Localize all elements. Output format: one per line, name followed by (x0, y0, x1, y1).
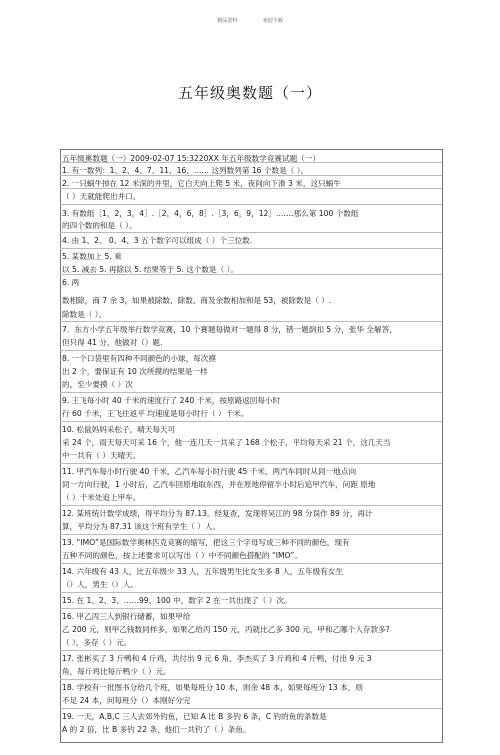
question-line: 但只得 41 分，他做对（）题. (62, 338, 439, 347)
question-line: 17. 张彬买了 3 斤鸭和 4 斤鸡，共付出 9 元 6 角，李杰买了 3 斤… (62, 654, 439, 663)
row-divider (60, 534, 442, 535)
row-divider (60, 608, 442, 609)
question-line: 采 24 个，雨天每天可采 16 个，他一连几天一共采了 168 个松子，平均每… (62, 438, 439, 447)
row-divider (60, 204, 442, 205)
question-line: 16. 甲乙丙三人到银行储蓄，如果甲给 (62, 612, 439, 621)
question-line: 5. 某数加上 5. 乘 (62, 252, 439, 261)
question-line: 算，平均分为 87.31 该这个班有学生（ ）人。 (62, 522, 439, 531)
question-line: 除数是（ ）。 (62, 310, 439, 319)
question-line: 五年级奥数题（一）2009-02-07 15:3220XX 年五年级数学竞赛试题… (62, 154, 439, 163)
question-line: 的四个数的和是（ ）。 (62, 221, 439, 230)
question-line: 13. “IMO”是国际数学奥林匹克竞赛的缩写，把这三个字母写成三种不同的颜色，… (62, 538, 439, 547)
question-line: 10. 松鼠妈妈采松子，晴天每天可 (62, 425, 439, 434)
question-line: 8. 一个口袋里有四种不同颜色的小球，每次摸 (62, 354, 439, 363)
question-line: A 的 2 倍，比 B 多钓 22 条，他们一共钓了（ ）条鱼。 (62, 725, 439, 734)
row-divider (60, 274, 442, 275)
page-header: 精品资料 欢迎下载 (0, 17, 500, 24)
question-line: 4. 由 1、2、 0、4、3 五个数字可以组成（ ）个三位数. (62, 236, 439, 245)
question-line: 角，每斤鸡比每斤鸭少（ ）元。 (62, 667, 439, 676)
question-line: 2. 一只蜗牛掉在 12 米深的井里，它白天向上爬 5 米，夜间向下滑 3 米，… (62, 179, 439, 188)
question-line: 15. 在 1、2、3、……99、100 中，数字 2 在一共出现了（ ）次。 (62, 596, 439, 605)
question-line: 同一方向行驶，1 小时后，乙汽车回原地取东西，并在原地停留半小时后追甲汽车，问距… (62, 480, 439, 489)
row-divider (60, 563, 442, 564)
row-divider (60, 321, 442, 322)
question-line: 14. 六年级有 43 人，比五年级少 33 人，五年级男生比女生多 8 人，五… (62, 567, 439, 576)
row-divider (60, 505, 442, 506)
question-line: 19. 一天，A,B,C 三人去郊外钓鱼，已知 A 比 B 多钓 6 条，C 钓… (62, 712, 439, 721)
question-line: 出 2 个，要保证有 10 次所摸的结果是一样 (62, 367, 439, 376)
question-line: （）人，男生（）人。 (62, 580, 439, 589)
row-divider (60, 188, 442, 189)
question-line: （ ），多存（ ）元。 (62, 638, 439, 647)
question-line: 以 5. 减去 5. 再除以 5. 结果等于 5. 这个数是（ ）。 (62, 265, 439, 274)
row-divider (60, 232, 442, 233)
row-divider (60, 350, 442, 351)
row-divider (60, 175, 442, 176)
question-line: 的，至少要摸（ ）次 (62, 380, 439, 389)
question-line: 1. 有一数列：1、2、4、7、11、16、…… 这列数列第 16 个数是（ ）… (62, 166, 439, 175)
question-line: 数相除，商 7 余 3，如果被除数、除数、商及余数相加和是 53，被除数是（ ）… (62, 296, 439, 305)
question-line: 7．东方小学五年级举行数学竞赛，10 个赛题每做对一题得 8 分，错一题倒扣 5… (62, 325, 439, 334)
question-line: 行 60 千米，王飞往返平 均速度是每小时行（ ）千米。 (62, 409, 439, 418)
row-divider (60, 708, 442, 709)
row-divider (60, 421, 442, 422)
question-line: 不足 24 本，问每班分（）本刚好分完 (62, 696, 439, 705)
question-line: （ ）千米处追上甲车。 (62, 493, 439, 502)
document-title: 五年级奥数题（一） (0, 82, 500, 103)
question-line: 中一共有（ ）天晴天。 (62, 451, 439, 460)
question-line: 3. 有数组［1，2，3，4］.［2，4，6，8］.［3，6，9，12］.……那… (62, 209, 439, 218)
question-line: 9. 王飞每小时 40 千米的速度行了 240 千米，按原路返回每小时 (62, 396, 439, 405)
question-line: 12. 某班统计数学成绩，得平均分为 87.13。经复查，发现将吴江的 98 分… (62, 509, 439, 518)
row-divider (60, 592, 442, 593)
header-left-text: 精品资料 (217, 18, 237, 24)
row-divider (60, 463, 442, 464)
question-line: 6. 两 (62, 278, 439, 287)
row-divider (60, 679, 442, 680)
row-divider (60, 392, 442, 393)
question-line: 五种不同的颜色，按上述要求可以写出（ ）中不同颜色搭配的 “IMO”。 (62, 551, 439, 560)
row-divider (60, 650, 442, 651)
row-divider (60, 248, 442, 249)
question-line: 乙 200 元，则甲乙钱数同样多，如果乙给丙 150 元，丙就比乙多 300 元… (62, 625, 439, 634)
header-right-text: 欢迎下载 (263, 18, 283, 24)
question-line: 11. 甲汽车每小时行驶 40 千米，乙汽车每小时行驶 45 千米，两汽车同时从… (62, 467, 439, 476)
question-line: （ ）天就能爬出井口。 (62, 192, 439, 201)
question-line: 18. 学校有一批图书分给几个班，如果每班分 10 本，则余 48 本，如果每班… (62, 683, 439, 692)
